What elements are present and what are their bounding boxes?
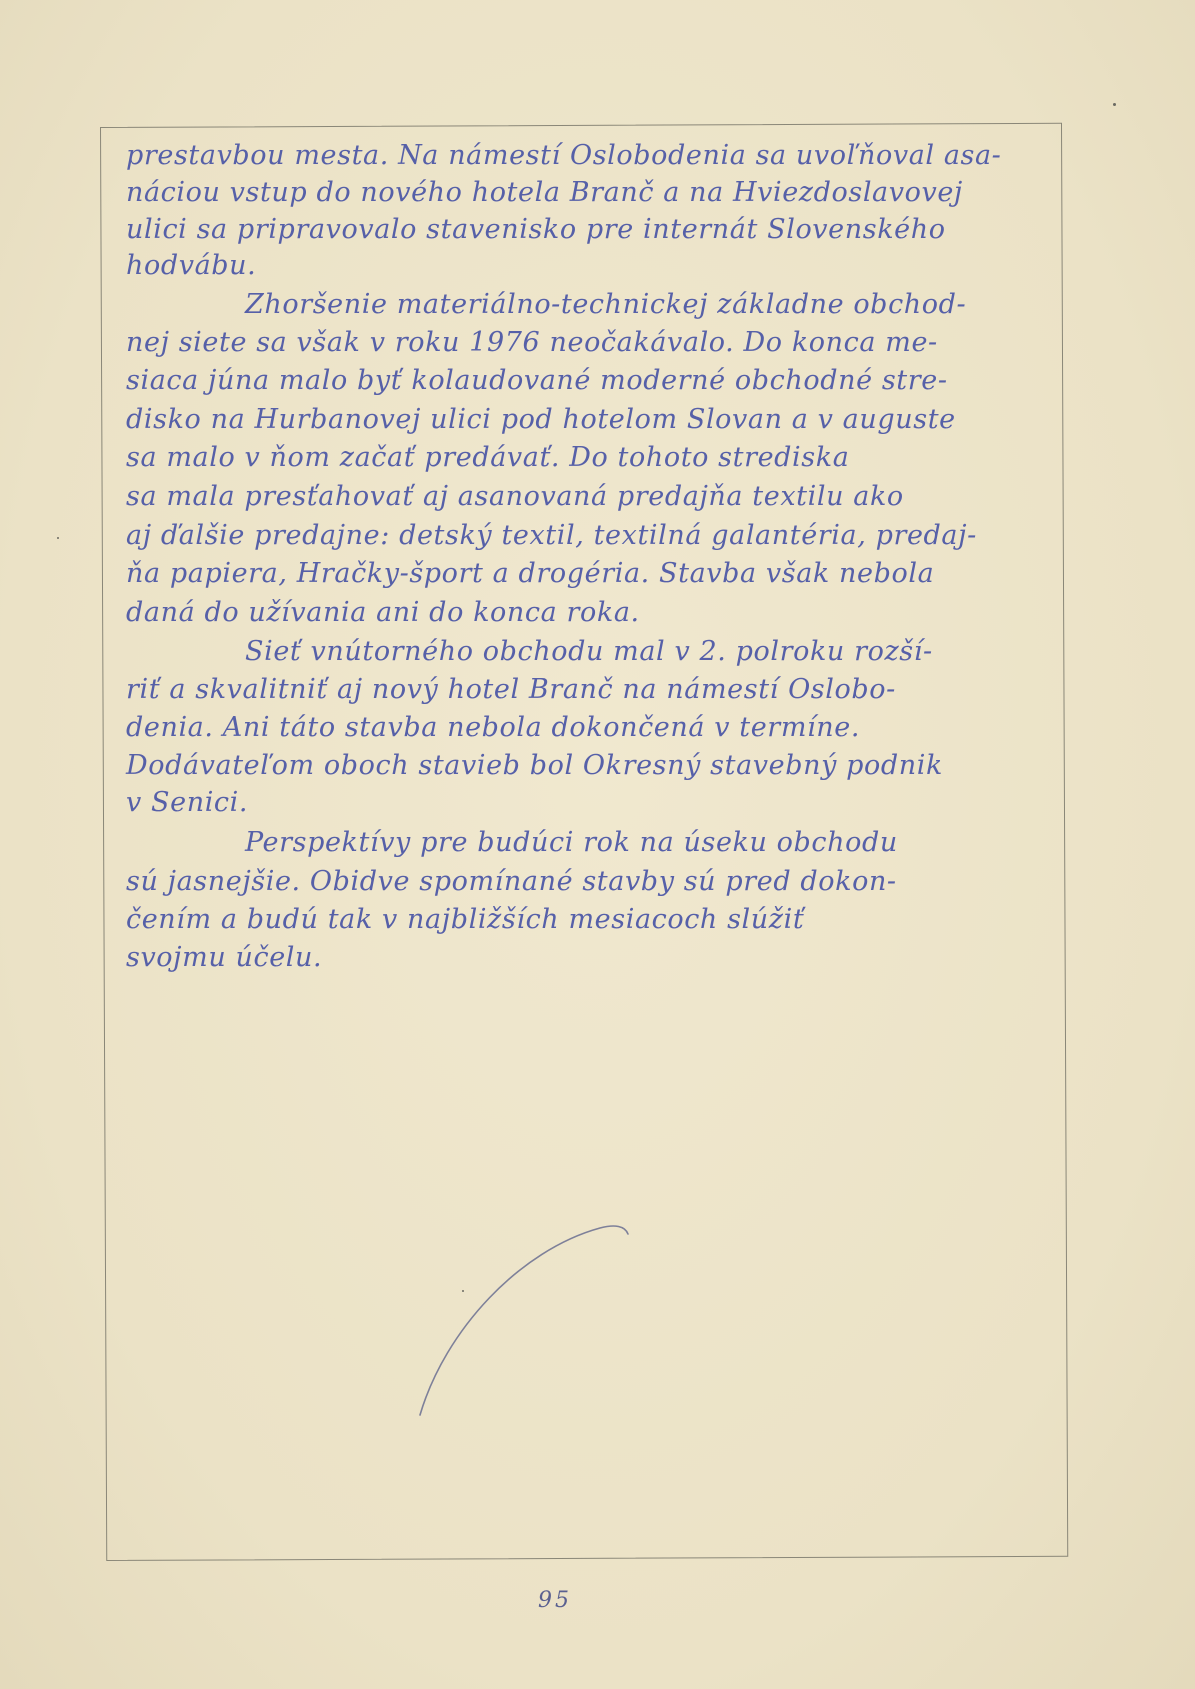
paper-speck: [462, 1290, 464, 1292]
text-line: Dodávateľom oboch stavieb bol Okresný st…: [126, 750, 1066, 782]
document-page: prestavbou mesta. Na námestí Oslobodenia…: [0, 0, 1195, 1689]
page-number: 95: [538, 1588, 572, 1613]
text-line: sa mala presťahovať aj asanovaná predajň…: [126, 481, 1066, 513]
text-line: sa malo v ňom začať predávať. Do tohoto …: [126, 442, 1066, 474]
paper-speck: [1113, 103, 1116, 106]
text-line: ulici sa pripravovalo stavenisko pre int…: [126, 214, 1066, 246]
text-line: prestavbou mesta. Na námestí Oslobodenia…: [126, 140, 1066, 172]
paper-speck: [57, 537, 59, 539]
text-line: siaca júna malo byť kolaudované moderné …: [126, 365, 1066, 397]
text-line: aj ďalšie predajne: detský textil, texti…: [126, 520, 1066, 552]
text-line: svojmu účelu.: [126, 942, 1066, 974]
text-line: sú jasnejšie. Obidve spomínané stavby sú…: [126, 866, 1066, 898]
text-line: ňa papiera, Hračky-šport a drogéria. Sta…: [126, 558, 1066, 590]
closing-flourish-stroke: [400, 1210, 640, 1440]
paragraph-start-line: Sieť vnútorného obchodu mal v 2. polroku…: [245, 636, 1185, 668]
paragraph-start-line: Perspektívy pre budúci rok na úseku obch…: [245, 827, 1185, 859]
text-line: hodvábu.: [126, 250, 1066, 282]
text-line: náciou vstup do nového hotela Branč a na…: [126, 177, 1066, 209]
text-line: denia. Ani táto stavba nebola dokončená …: [126, 712, 1066, 744]
paragraph-start-line: Zhoršenie materiálno-technickej základne…: [245, 289, 1185, 321]
text-line: čením a budú tak v najbližších mesiacoch…: [126, 904, 1066, 936]
text-line: riť a skvalitniť aj nový hotel Branč na …: [126, 674, 1066, 706]
text-line: nej siete sa však v roku 1976 neočakával…: [126, 327, 1066, 359]
text-line: daná do užívania ani do konca roka.: [126, 597, 1066, 629]
text-line: v Senici.: [126, 787, 1066, 819]
text-line: disko na Hurbanovej ulici pod hotelom Sl…: [126, 404, 1066, 436]
